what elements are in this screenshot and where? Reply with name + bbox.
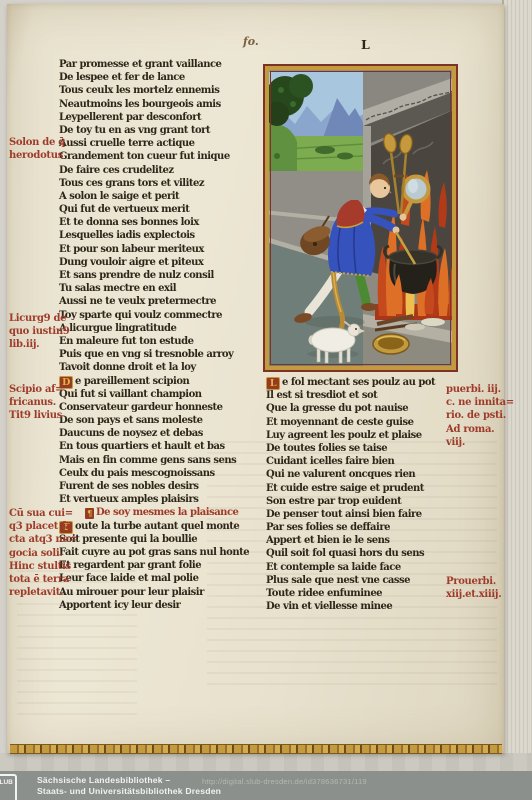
left-text-column: Par promesse et grant vaillanceDe lespee… xyxy=(59,58,263,612)
text-line: Scipio af= xyxy=(9,383,63,396)
text-line: Qui ne valurent oncques rien xyxy=(266,468,456,481)
library-name: Sächsische Landesbibliothek – Staats- un… xyxy=(37,775,221,796)
text-line: Prouerbi. xyxy=(446,575,508,588)
printed-page-border xyxy=(10,744,502,754)
text-line: Qui fut de vertueux merit xyxy=(59,203,263,216)
text-line: En tous quartiers et hault et bas xyxy=(59,440,263,453)
text-line: Par promesse et grant vaillance xyxy=(59,58,263,71)
text-line: rio. de psti. xyxy=(446,409,508,422)
library-name-line2: Staats- und Universitätsbibliothek Dresd… xyxy=(37,786,221,797)
text-line: Quil soit fol quasi hors du sens xyxy=(266,547,456,560)
slub-logo: SLUB xyxy=(0,774,17,800)
text-line: Luy agreent les poulz et plaise xyxy=(266,429,456,442)
margin-note-proverbs-ref: puerbi. iij.c. ne innita=rio. de psti.Ad… xyxy=(446,383,508,449)
text-line: Le fol mectant ses poulz au pot xyxy=(266,376,456,389)
text-line: Et cuide estre saige et prudent xyxy=(266,482,456,495)
screenshot-root: fo. L Par promesse et grant vaillanceDe … xyxy=(0,0,532,800)
text-line: De penser tout ainsi bien faire xyxy=(266,508,456,521)
text-line: Que la gresse du pot nauise xyxy=(266,402,456,415)
text-line: xiij.et.xiiij. xyxy=(446,588,508,601)
text-line: Et sans prendre de nulz consil xyxy=(59,269,263,282)
miniature-illustration xyxy=(263,64,458,372)
margin-note-solon: Solon de q̄herodotus xyxy=(9,136,63,162)
digital-object-url: http://digital.slub-dresden.de/id3786367… xyxy=(202,777,367,786)
text-line: Neautmoins les bourgeois amis xyxy=(59,98,263,111)
line-text: De soy mesmes la plaisance xyxy=(96,507,238,518)
text-line: Au mirouer pour leur plaisir xyxy=(59,586,263,599)
text-line: c. ne innita= xyxy=(446,396,508,409)
text-line: De toutes folies se taise xyxy=(266,442,456,455)
right-shoe xyxy=(361,303,377,311)
text-line: Ad roma. xyxy=(446,423,508,436)
text-line: Et pour son labeur meriteux xyxy=(59,243,263,256)
pilcrow-mark: ¶ xyxy=(85,508,94,519)
text-line: Son estre par trop euident xyxy=(266,495,456,508)
text-line: Leypellerent par desconfort xyxy=(59,111,263,124)
text-line: Plus sale que nest vne casse xyxy=(266,574,456,587)
text-line: Ceulx du pais mescognoissans xyxy=(59,467,263,480)
text-line: En maleure fut ton estude xyxy=(59,335,263,348)
library-name-line1: Sächsische Landesbibliothek – xyxy=(37,775,221,786)
text-line: A licurgue lingratitude xyxy=(59,322,263,335)
text-line: Tous ces grans tors et vilitez xyxy=(59,177,263,190)
window-landscape xyxy=(265,72,364,171)
text-line: puerbi. iij. xyxy=(446,383,508,396)
text-line: Et contemple sa laide face xyxy=(266,561,456,574)
text-line: Tit9 livius xyxy=(9,409,63,422)
photo-backdrop-strip xyxy=(0,753,532,771)
illuminated-initial: L xyxy=(266,377,280,390)
text-line: Qui fut si vaillant champion xyxy=(59,388,263,401)
text-line: De son pays et sans moleste xyxy=(59,414,263,427)
text-line: q3 placet fa xyxy=(9,520,63,533)
text-line: Tous ceulx les mortelz ennemis xyxy=(59,84,263,97)
text-line: Il est si tresdiot et sot xyxy=(266,389,456,402)
text-line: Licurg9 de xyxy=(9,312,63,325)
text-line: ¶De soy mesmes la plaisance xyxy=(59,506,263,519)
text-line: Furent de ses nobles desirs xyxy=(59,480,263,493)
text-line: tota ē terra xyxy=(9,573,63,586)
page-number: L xyxy=(361,37,370,52)
text-line: A solon le saige et perit xyxy=(59,190,263,203)
line-text: e pareillement scipion xyxy=(75,376,189,387)
text-line: Solon de q̄ xyxy=(9,136,63,149)
text-line: De lespee et fer de lance xyxy=(59,71,263,84)
text-line: Lesquelles iadis explectois xyxy=(59,229,263,242)
text-line: Puis que en vng si tresnoble arroy xyxy=(59,348,263,361)
text-line: fricanus. xyxy=(9,396,63,409)
text-line: Et regardent par grant folie xyxy=(59,559,263,572)
text-line: Cū sua cui= xyxy=(9,507,63,520)
text-line: Tavoit donne droit et la loy xyxy=(59,361,263,374)
text-line: Et vertueux amples plaisirs xyxy=(59,493,263,506)
text-line: Par ses folies se deffaire xyxy=(266,521,456,534)
text-line: viij. xyxy=(446,436,508,449)
text-line: lib.iij. xyxy=(9,338,63,351)
text-line: Dung vouloir aigre et piteux xyxy=(59,256,263,269)
text-line: Conservateur gardeur honneste xyxy=(59,401,263,414)
small-bush xyxy=(274,153,280,159)
text-line: repletavit. xyxy=(9,586,63,599)
text-line: Et moyennant de ceste guise xyxy=(266,416,456,429)
text-line: Grandement ton cueur fut inique xyxy=(59,150,263,163)
text-line: gocia soli. xyxy=(9,547,63,560)
text-line: Daucuns de noysez et debas xyxy=(59,427,263,440)
text-line: Tu salas mectre en exil xyxy=(59,282,263,295)
gold-bowl xyxy=(373,334,409,354)
book-fore-edge xyxy=(502,0,532,753)
text-line: De toy tu en as vng grant tort xyxy=(59,124,263,137)
text-line: Soit presente qui la boullie xyxy=(59,533,263,546)
text-line: Hinc stultis xyxy=(9,560,63,573)
margin-note-licurgus: Licurg9 dequo iustin9lib.iij. xyxy=(9,312,63,352)
margin-note-proverbi: Prouerbi.xiij.et.xiiij. xyxy=(446,575,508,601)
right-text-column: Le fol mectant ses poulz au potIl est si… xyxy=(266,376,456,613)
text-line: Toute la turbe autant quel monte xyxy=(59,520,263,533)
text-line: Apportent icy leur desir xyxy=(59,599,263,612)
text-line: cta atq3 ne= xyxy=(9,533,63,546)
manuscript-page: fo. L Par promesse et grant vaillanceDe … xyxy=(7,4,504,753)
text-line: De vin et viellesse minee xyxy=(266,600,456,613)
text-line: Leur face laide et mal polie xyxy=(59,572,263,585)
text-line: Toy sparte qui voulz commectre xyxy=(59,309,263,322)
folio-mark: fo. xyxy=(243,35,259,48)
text-line: Et te donna ses bonnes loix xyxy=(59,216,263,229)
text-line: Fait cuyre au pot gras sans nul honte xyxy=(59,546,263,559)
text-line: quo iustin9 xyxy=(9,325,63,338)
text-line: Aussi ne te veulx pretermectre xyxy=(59,295,263,308)
text-line: Cuidant icelles faire bien xyxy=(266,455,456,468)
line-text: e fol mectant ses poulz au pot xyxy=(282,377,435,388)
text-line: De pareillement scipion xyxy=(59,375,263,388)
margin-note-scipio: Scipio af=fricanus.Tit9 livius xyxy=(9,383,63,423)
text-line: Mais en fin comme gens sans sens xyxy=(59,454,263,467)
library-footer-bar: SLUB Sächsische Landesbibliothek – Staat… xyxy=(0,771,532,800)
text-line: De faire ces crudelitez xyxy=(59,164,263,177)
margin-note-cum-sua: Cū sua cui=q3 placet facta atq3 ne=gocia… xyxy=(9,507,63,599)
text-line: Toute ridee enfuminee xyxy=(266,587,456,600)
text-line: Aussi cruelle terre actique xyxy=(59,137,263,150)
line-text: oute la turbe autant quel monte xyxy=(75,521,239,532)
text-line: Appert et bien ie le sens xyxy=(266,534,456,547)
text-line: herodotus xyxy=(9,149,63,162)
